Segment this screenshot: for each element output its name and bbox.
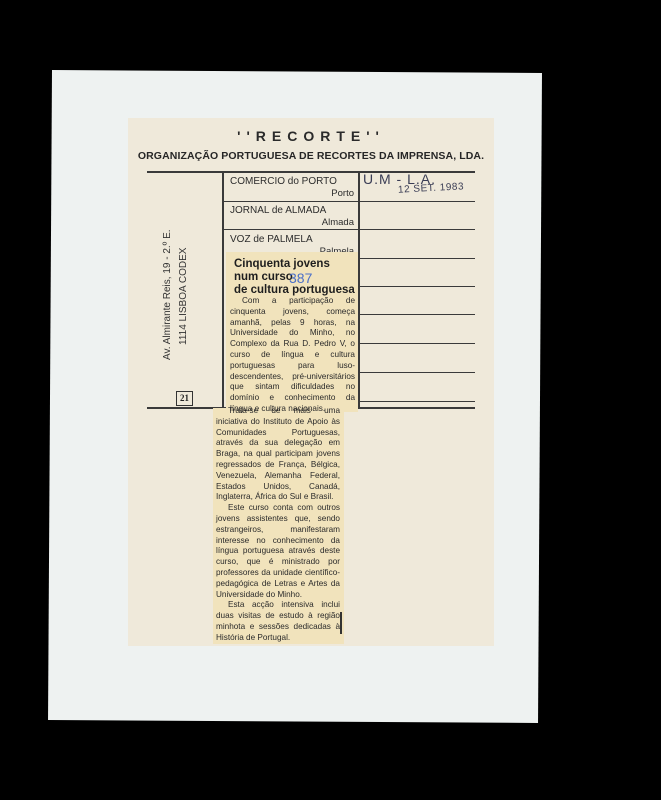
handwritten-number: 387: [289, 270, 312, 286]
box-number: 21: [176, 391, 193, 406]
article-paragraph: Com a participação de cinquenta jovens, …: [230, 296, 355, 415]
publication-city: Almada: [230, 217, 356, 228]
article-body: Com a participação de cinquenta jovens, …: [230, 296, 355, 415]
brand-title: ''RECORTE'': [128, 128, 494, 144]
address-street: Av. Almirante Reis, 19 - 2.º E.: [160, 165, 176, 385]
row-rule: [358, 314, 475, 315]
row-rule: [222, 229, 475, 230]
article-paragraph: Este curso conta com outros jovens assis…: [216, 503, 340, 600]
row-rule: [358, 258, 475, 259]
address-city: 1114 LISBOA CODEX: [176, 165, 192, 385]
publication-name: VOZ de PALMELA: [230, 234, 356, 245]
row-rule: [358, 401, 475, 402]
left-column-divider: [222, 171, 224, 408]
publication-row: JORNAL de ALMADA Almada: [230, 205, 356, 228]
article-paragraph: Trata-se de mais uma iniciativa do Insti…: [216, 406, 340, 503]
article-paragraph: Esta acção intensiva inclui duas visitas…: [216, 600, 340, 643]
row-rule: [358, 372, 475, 373]
article-body: Trata-se de mais uma iniciativa do Insti…: [216, 406, 340, 644]
row-rule: [358, 343, 475, 344]
column-end-mark: [340, 612, 342, 634]
row-rule: [358, 286, 475, 287]
address-block: Av. Almirante Reis, 19 - 2.º E. 1114 LIS…: [160, 165, 210, 385]
publication-city: Porto: [230, 188, 356, 199]
publication-row: COMERCIO do PORTO Porto: [230, 176, 356, 199]
row-rule: [222, 201, 475, 202]
organization-name: ORGANIZAÇÃO PORTUGUESA DE RECORTES DA IM…: [128, 150, 494, 162]
publication-name: COMERCIO do PORTO: [230, 176, 356, 187]
publication-name: JORNAL de ALMADA: [230, 205, 356, 216]
